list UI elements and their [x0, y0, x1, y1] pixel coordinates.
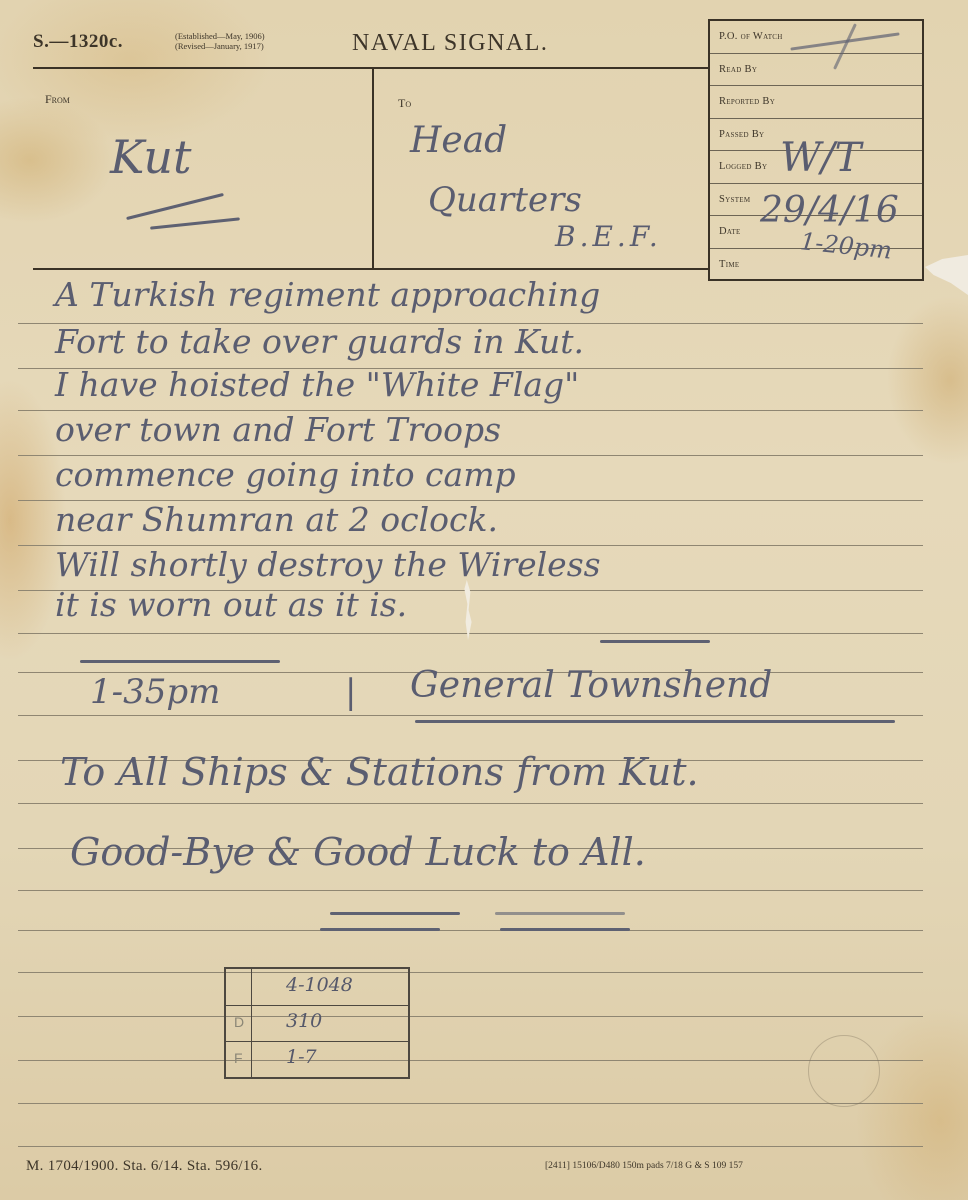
- watch-label: P.O. of Watch: [719, 31, 783, 42]
- message-line: Fort to take over guards in Kut.: [55, 322, 584, 361]
- form-code: S.—1320c.: [33, 31, 123, 53]
- signature-underline: [415, 720, 895, 723]
- closing-separator-4: [500, 928, 630, 931]
- faint-circular-stamp: [808, 1035, 880, 1107]
- ruled-line: [18, 930, 923, 931]
- message-line: near Shumran at 2 oclock.: [55, 500, 498, 539]
- form-revision-info: (Established—May, 1906) (Revised—January…: [175, 31, 265, 51]
- closing-separator-3: [495, 912, 625, 915]
- ruled-line: [18, 715, 923, 716]
- message-line: it is worn out as it is.: [55, 585, 407, 624]
- ruled-line: [18, 1016, 923, 1017]
- logged-by-value: W/T: [780, 135, 861, 181]
- date-value: 29/4/16: [760, 190, 899, 231]
- signature-divider-mark: |: [345, 672, 356, 712]
- ruled-line: [18, 633, 923, 634]
- closing-separator-2: [320, 928, 440, 931]
- ruled-line: [18, 1060, 923, 1061]
- watch-label: System: [719, 194, 750, 205]
- to-value-line-2: Quarters: [428, 180, 582, 220]
- watch-row-read-by: Read By: [710, 54, 922, 87]
- from-value: Kut: [110, 130, 191, 184]
- revised-date: (Revised—January, 1917): [175, 41, 265, 51]
- signature-separator: [80, 660, 280, 663]
- message-line: over town and Fort Troops: [55, 410, 501, 449]
- ruled-line: [18, 1146, 923, 1147]
- signature-separator-2: [600, 640, 710, 643]
- watch-label: Date: [719, 226, 741, 237]
- footer-print-reference: M. 1704/1900. Sta. 6/14. Sta. 596/16.: [26, 1158, 263, 1175]
- closing-line: Good-Bye & Good Luck to All.: [70, 830, 646, 874]
- stamp-row-letter: F: [234, 1050, 243, 1066]
- message-line: A Turkish regiment approaching: [55, 275, 600, 314]
- ruled-line: [18, 803, 923, 804]
- header-divider: [33, 67, 709, 69]
- ruled-line: [18, 890, 923, 891]
- from-underline-mark-2: [150, 217, 240, 229]
- message-line: commence going into camp: [55, 455, 516, 494]
- naval-signal-form: S.—1320c. (Established—May, 1906) (Revis…: [0, 0, 968, 1200]
- closing-separator: [330, 912, 460, 915]
- ruled-line: [18, 972, 923, 973]
- paper-edge-tear: [925, 255, 968, 295]
- message-line: I have hoisted the "White Flag": [55, 365, 579, 404]
- to-value-line-1: Head: [410, 120, 507, 161]
- signature: General Townshend: [410, 665, 772, 706]
- address-bottom-divider: [33, 268, 709, 270]
- to-label: To: [398, 96, 411, 111]
- from-label: From: [45, 92, 70, 107]
- footer-printer-info: [2411] 15106/D480 150m pads 7/18 G & S 1…: [545, 1161, 743, 1171]
- to-value-line-3: B.E.F.: [555, 220, 662, 253]
- stamp-row-value: 4-1048: [286, 974, 353, 996]
- watch-label: Reported By: [719, 96, 775, 107]
- stamp-row: 4-1048: [226, 969, 408, 1005]
- stamp-row: D 310: [226, 1005, 408, 1041]
- from-underline-mark: [126, 193, 224, 220]
- page-title: NAVAL SIGNAL.: [352, 30, 548, 57]
- paper-tear: [462, 580, 474, 640]
- watch-label: Logged By: [719, 161, 767, 172]
- stamp-row: F 1-7: [226, 1041, 408, 1077]
- established-date: (Established—May, 1906): [175, 31, 265, 41]
- stamp-row-letter: D: [234, 1014, 244, 1030]
- message-line: Will shortly destroy the Wireless: [55, 545, 601, 584]
- watch-label: Time: [719, 259, 739, 270]
- stamp-row-value: 310: [286, 1010, 322, 1032]
- from-to-divider: [372, 67, 374, 270]
- ruled-line: [18, 1103, 923, 1104]
- watch-label: Passed By: [719, 129, 764, 140]
- addressee-line: To All Ships & Stations from Kut.: [60, 750, 699, 794]
- routing-stamp-box: 4-1048 D 310 F 1-7: [224, 967, 410, 1079]
- watch-row-reported-by: Reported By: [710, 86, 922, 119]
- watch-label: Read By: [719, 64, 757, 75]
- signed-time: 1-35pm: [90, 672, 220, 712]
- stamp-row-value: 1-7: [286, 1046, 317, 1068]
- watch-row-po-of-watch: P.O. of Watch: [710, 21, 922, 54]
